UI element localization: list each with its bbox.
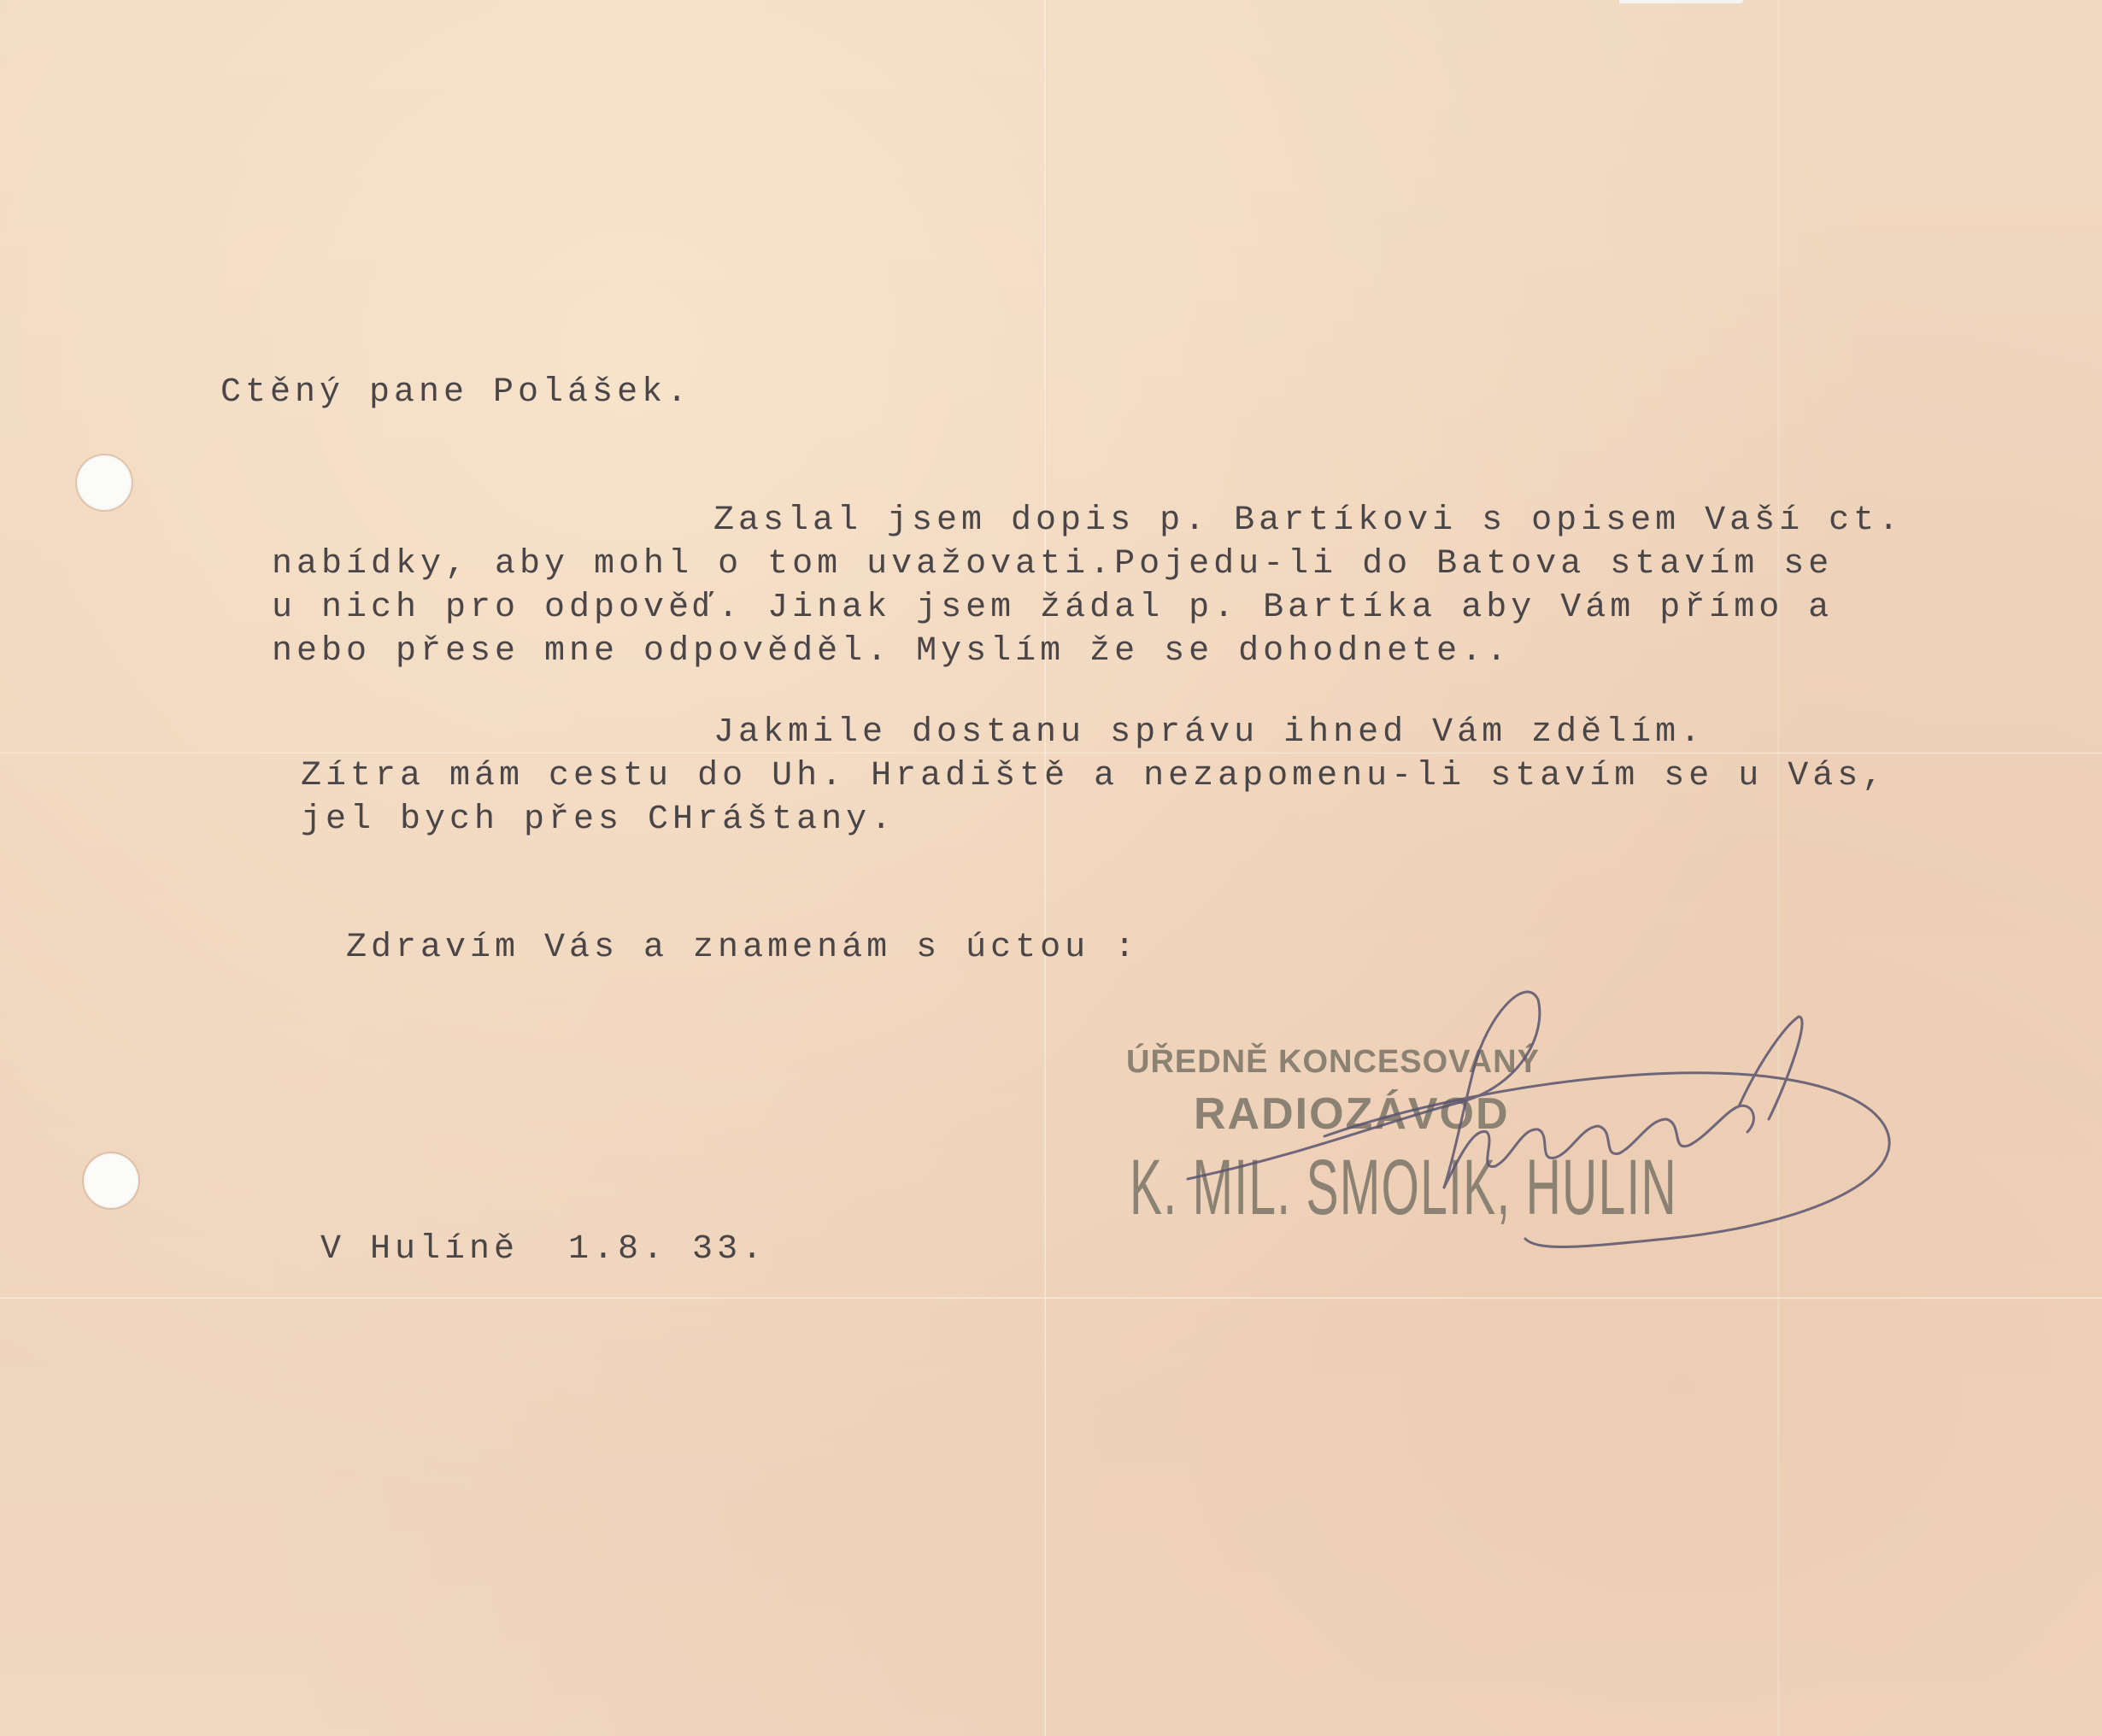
vertical-fold-line [1044, 0, 1047, 1736]
paragraph2-line2: Zítra mám cestu do Uh. Hradiště a nezapo… [301, 755, 1887, 798]
paragraph1-line1: Zaslal jsem dopis p. Bartíkovi s opisem … [713, 500, 1903, 542]
paragraph1-line4: nebo přese mne odpověděl. Myslím že se d… [272, 630, 1511, 673]
punch-hole-top [77, 455, 132, 510]
paragraph2-line1: Jakmile dostanu správu ihned Vám zdělím. [713, 712, 1705, 754]
punch-hole-bottom [84, 1153, 138, 1208]
paragraph1-line3: u nich pro odpověď. Jinak jsem žádal p. … [272, 587, 1833, 630]
torn-top-edge [1619, 0, 1743, 3]
horizontal-fold-line-lower [0, 1297, 2102, 1299]
place-date: V Hulíně 1.8. 33. [320, 1229, 766, 1271]
closing-line: Zdravím Vás a znamenám s úctou : [346, 927, 1139, 970]
signature-icon [1136, 982, 1905, 1256]
vertical-fold-line-right [1777, 0, 1780, 1736]
paragraph1-line2: nabídky, aby mohl o tom uvažovati.Pojedu… [272, 543, 1833, 586]
paragraph2-line3: jel bych přes CHráštany. [301, 799, 895, 842]
paper-sheet [0, 0, 2102, 1736]
salutation: Ctěný pane Polášek. [220, 372, 691, 414]
